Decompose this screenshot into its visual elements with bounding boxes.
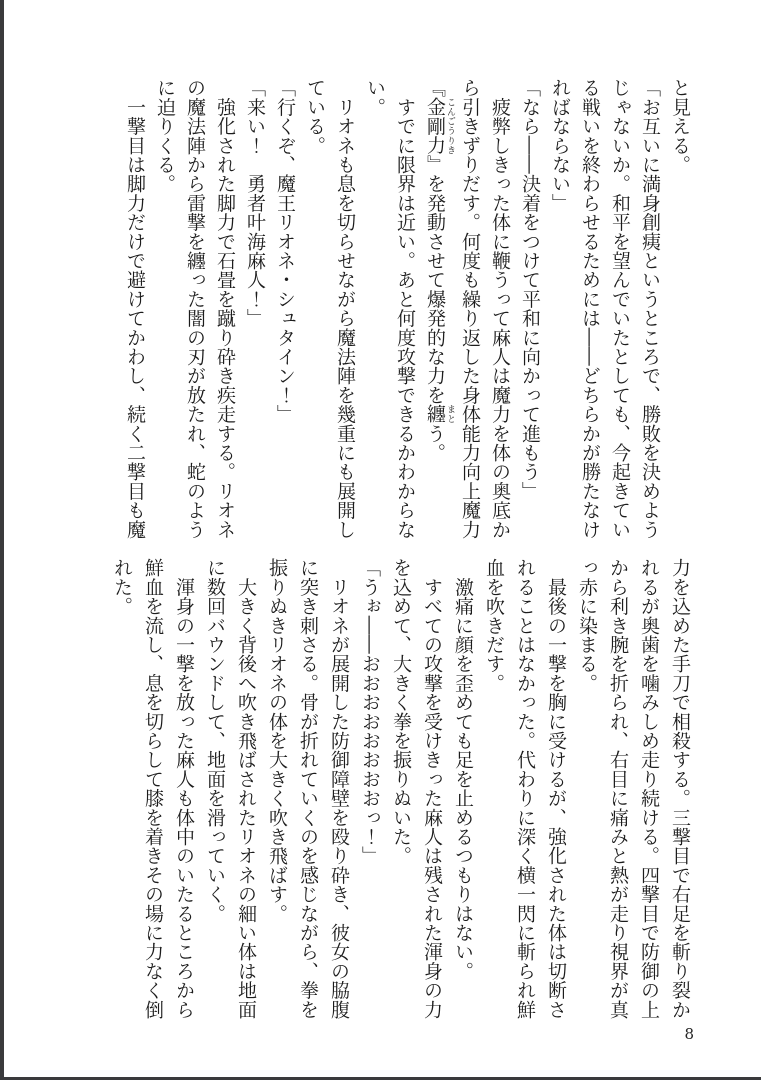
- text-line: る戦いを終わらせるためには――どちらかが勝たなけ: [575, 78, 605, 534]
- text-line: 最後の一撃を胸に受けるが、強化された体は切断さ: [540, 558, 571, 1024]
- text-line: 一撃目は脚力だけで避けてかわし、続く二撃目も魔: [120, 78, 150, 534]
- text-line: ればならない」: [545, 78, 575, 534]
- text-line: 「うぉ――おおおおおおおおっ！」: [354, 558, 385, 1024]
- text-line: リオネが展開した防御障壁を殴り砕き、彼女の脇腹: [323, 558, 354, 1024]
- text-line: 鮮血を流し、息を切らして膝を着きその場に力なく倒: [137, 558, 168, 1024]
- text-line: を込めて、大きく拳を振りぬいた。: [385, 558, 416, 1024]
- page-edge-left: [0, 0, 4, 1080]
- text-line: 血を吹きだす。: [478, 558, 509, 1024]
- text-line: ら引きずりだす。何度も繰り返した身体能力向上魔力: [455, 78, 485, 534]
- ruby-annotated-text: 金剛力こんごうりき: [424, 97, 446, 155]
- text-line: っ赤に染まる。: [571, 558, 602, 1024]
- text-line: れることはなかった。代わりに深く横一閃に斬られ鮮: [509, 558, 540, 1024]
- ruby-annotated-text: 纏まと: [424, 404, 446, 423]
- text-line: 大きく背後へ吹き飛ばされたリオネの細い体は地面: [230, 558, 261, 1024]
- novel-page: と見える。「お互いに満身創痍というところで、勝敗を決めようじゃないか。和平を望ん…: [0, 0, 761, 1080]
- text-line: 力を込めた手刀で相殺する。三撃目で右足を斬り裂か: [664, 558, 695, 1024]
- text-line: すべての攻撃を受けきった麻人は残された渾身の力: [416, 558, 447, 1024]
- text-line: 「来い！ 勇者叶海麻人！」: [240, 78, 270, 534]
- text-line: から利き腕を折られ、右目に痛みと熱が走り視界が真: [602, 558, 633, 1024]
- text-line: 振りぬきリオネの体を大きく吹き飛ばす。: [261, 558, 292, 1024]
- text-line: すでに限界は近い。あと何度攻撃できるかわからな: [390, 78, 420, 534]
- upper-text-block: と見える。「お互いに満身創痍というところで、勝敗を決めようじゃないか。和平を望ん…: [120, 78, 695, 534]
- text-line: の魔法陣から雷撃を纏った闇の刃が放たれ、蛇のよう: [180, 78, 210, 534]
- text-line: 疲弊しきった体に鞭うって麻人は魔力を体の奥底か: [485, 78, 515, 534]
- text-line: 激痛に顔を歪めても足を止めるつもりはない。: [447, 558, 478, 1024]
- page-number: 8: [684, 1025, 694, 1043]
- text-line: に数回バウンドして、地面を滑っていく。: [199, 558, 230, 1024]
- text-line: 「なら――決着をつけて平和に向かって進もう」: [515, 78, 545, 534]
- text-line: れるが奥歯を噛みしめ走り続ける。四撃目で防御の上: [633, 558, 664, 1024]
- text-line: い。: [360, 78, 390, 534]
- text-line: 「行くぞ、魔王リオネ・シュタイン！」: [270, 78, 300, 534]
- text-line: ている。: [300, 78, 330, 534]
- text-line: れた。: [106, 558, 137, 1024]
- text-line: 強化された脚力で石畳を蹴り砕き疾走する。リオネ: [210, 78, 240, 534]
- text-line: に迫りくる。: [150, 78, 180, 534]
- text-line: リオネも息を切らせながら魔法陣を幾重にも展開し: [330, 78, 360, 534]
- text-line: 『金剛力こんごうりき』を発動させて爆発的な力を纏まとう。: [420, 78, 455, 534]
- text-line: と見える。: [665, 78, 695, 534]
- text-line: 渾身の一撃を放った麻人も体中のいたるところから: [168, 558, 199, 1024]
- text-line: じゃないか。和平を望んでいたとしても、今起きてい: [605, 78, 635, 534]
- lower-text-block: 力を込めた手刀で相殺する。三撃目で右足を斬り裂かれるが奥歯を噛みしめ走り続ける。…: [106, 558, 695, 1024]
- text-line: 「お互いに満身創痍というところで、勝敗を決めよう: [635, 78, 665, 534]
- text-line: に突き刺さる。骨が折れていくのを感じながら、拳を: [292, 558, 323, 1024]
